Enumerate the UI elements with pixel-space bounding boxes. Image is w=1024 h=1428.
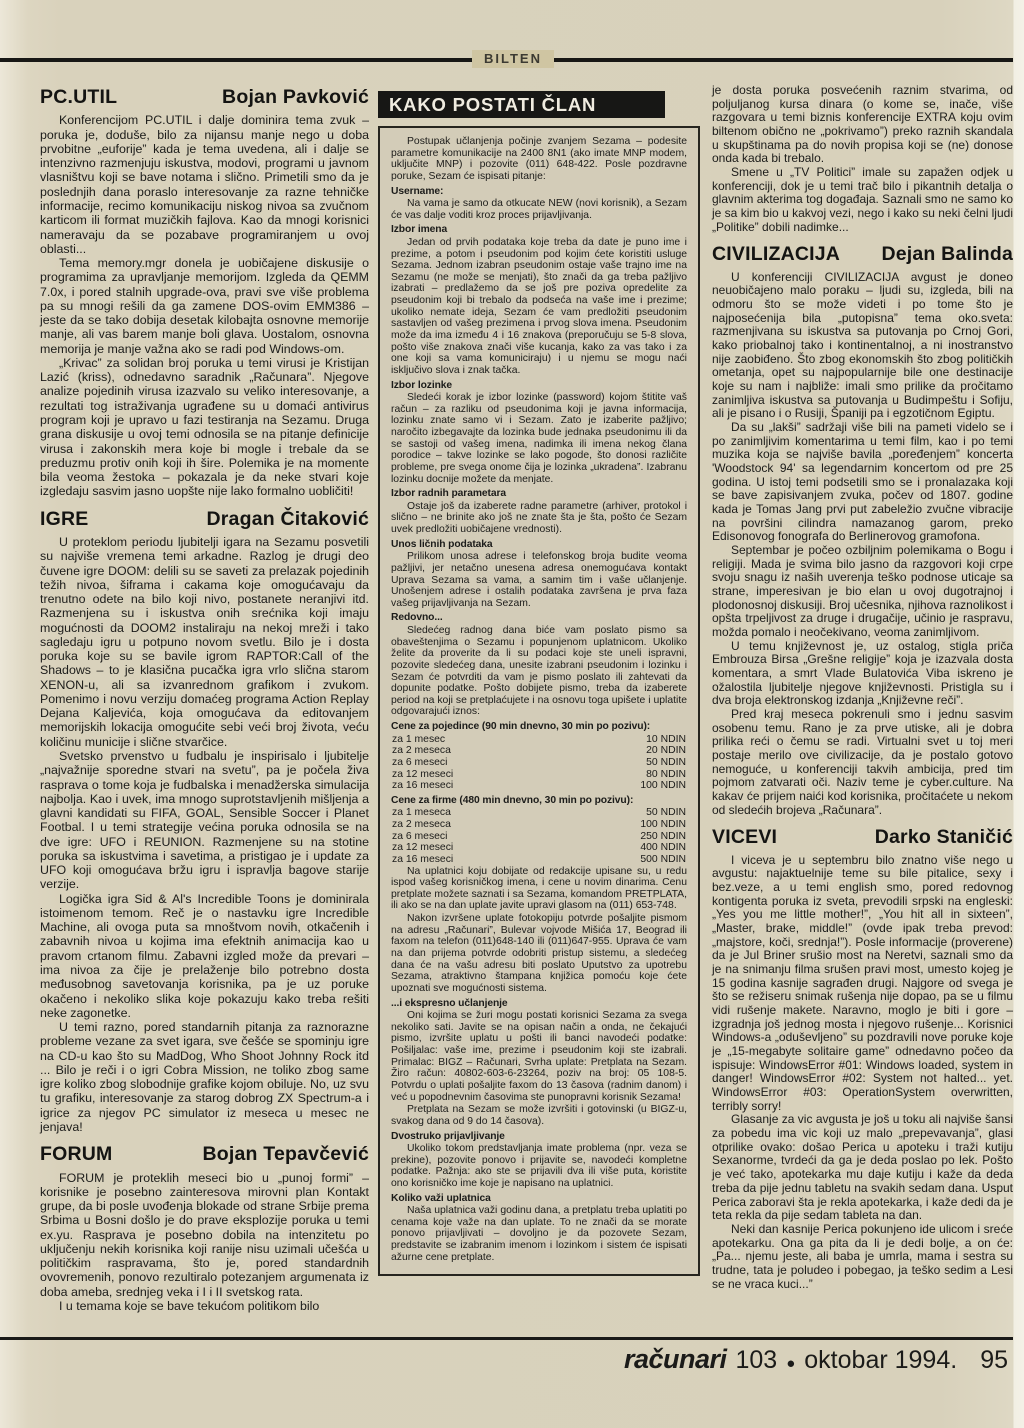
price-value: 100 NDIN xyxy=(640,780,686,792)
paragraph: Glasanje za vic avgusta je još u toku al… xyxy=(712,1113,1013,1222)
price-label: za 6 meseci xyxy=(392,757,447,769)
box-paragraph: Pretplata na Sezam se može izvršiti i go… xyxy=(391,1104,687,1127)
right-column: je dosta poruka posvećenih raznim stvari… xyxy=(712,84,1013,1291)
paragraph: „Krivac” za solidan broj poruka u temi v… xyxy=(40,356,369,499)
price-value: 100 NDIN xyxy=(640,819,686,831)
article-author: Dragan Čitaković xyxy=(206,508,369,530)
article-author: Darko Staničić xyxy=(875,826,1013,848)
box-paragraph: Na uplatnici koju dobijate od redakcije … xyxy=(391,866,687,913)
article-header: CIVILIZACIJA Dejan Balinda xyxy=(712,243,1013,265)
price-row: za 2 meseca 100 NDIN xyxy=(391,819,687,831)
price-label: za 2 meseca xyxy=(392,819,451,831)
price-row: za 6 meseci 250 NDIN xyxy=(391,831,687,843)
article-civilizacija: CIVILIZACIJA Dejan Balinda U konferencij… xyxy=(712,243,1013,817)
paragraph: Tema memory.mgr donela je uobičajene dis… xyxy=(40,256,369,356)
price-value: 20 NDIN xyxy=(646,745,686,757)
box-heading: Koliko važi uplatnica xyxy=(391,1193,687,1205)
bullet-icon: ● xyxy=(786,1355,795,1372)
paragraph: U proteklom periodu ljubitelji igara na … xyxy=(40,535,369,749)
box-heading: Cene za pojedince (90 min dnevno, 30 min… xyxy=(391,721,687,733)
price-label: za 1 meseca xyxy=(392,807,451,819)
issue-date: oktobar 1994. xyxy=(804,1346,957,1375)
paragraph: Neki dan kasnije Perica pokunjeno ide ul… xyxy=(712,1223,1013,1291)
box-paragraph: Postupak učlanjenja počinje zvanjem Seza… xyxy=(391,136,687,183)
box-paragraph: Ostaje još da izaberete radne parametre … xyxy=(391,501,687,536)
article-body: je dosta poruka posvećenih raznim stvari… xyxy=(712,84,1013,234)
price-value: 50 NDIN xyxy=(646,757,686,769)
price-row: za 1 meseca 50 NDIN xyxy=(391,807,687,819)
magazine-name: računari xyxy=(624,1344,727,1375)
article-body: U proteklom periodu ljubitelji igara na … xyxy=(40,535,369,1134)
box-heading: Dvostruko prijavljivanje xyxy=(391,1131,687,1143)
article-title: CIVILIZACIJA xyxy=(712,243,840,265)
paragraph: I viceva je u septembru bilo znatno više… xyxy=(712,854,1013,1114)
box-heading: Username: xyxy=(391,186,687,198)
box-paragraph: Ukoliko tokom predstavljanja imate probl… xyxy=(391,1143,687,1190)
price-value: 500 NDIN xyxy=(640,854,686,866)
paragraph: FORUM je proteklih meseci bio u „punoj f… xyxy=(40,1171,369,1299)
page-number: 95 xyxy=(980,1346,1008,1375)
article-forum: FORUM Bojan Tepavčević FORUM je protekli… xyxy=(40,1143,369,1313)
paragraph: Logička igra Sid & Al's Incredible Toons… xyxy=(40,892,369,1020)
price-row: za 6 meseci 50 NDIN xyxy=(391,757,687,769)
section-banner: BILTEN xyxy=(472,50,554,68)
box-paragraph: Nakon izvršene uplate fotokopiju potvrde… xyxy=(391,913,687,994)
article-header: VICEVI Darko Staničić xyxy=(712,826,1013,848)
price-row: za 12 meseci 400 NDIN xyxy=(391,842,687,854)
price-label: za 12 meseci xyxy=(392,769,453,781)
paragraph: U temu književnost je, uz ostalog, stigl… xyxy=(712,640,1013,708)
price-label: za 12 meseci xyxy=(392,842,453,854)
box-heading: ...i ekspresno učlanjenje xyxy=(391,998,687,1010)
article-title: VICEVI xyxy=(712,826,777,848)
box-heading: Cene za firme (480 min dnevno, 30 min po… xyxy=(391,795,687,807)
price-value: 250 NDIN xyxy=(640,831,686,843)
paragraph: Septembar je počeo ozbiljnim polemikama … xyxy=(712,544,1013,640)
article-title: FORUM xyxy=(40,1143,113,1165)
box-heading: Redovno... xyxy=(391,612,687,624)
box-paragraph: Jedan od prvih podataka koje treba da da… xyxy=(391,237,687,377)
box-heading: Izbor imena xyxy=(391,224,687,236)
price-value: 400 NDIN xyxy=(640,842,686,854)
price-row: za 2 meseca 20 NDIN xyxy=(391,745,687,757)
price-value: 10 NDIN xyxy=(646,734,686,746)
paragraph: Svetsko prvenstvo u fudbalu je inspirisa… xyxy=(40,749,369,892)
price-label: za 1 mesec xyxy=(392,734,445,746)
footer-rule xyxy=(0,1337,1013,1340)
paragraph: Konferencijom PC.UTIL i dalje dominira t… xyxy=(40,113,369,256)
membership-box-title: KAKO POSTATI ČLAN xyxy=(378,91,665,118)
box-heading: Unos ličnih podataka xyxy=(391,539,687,551)
article-body: Konferencijom PC.UTIL i dalje dominira t… xyxy=(40,113,369,498)
box-heading: Izbor lozinke xyxy=(391,380,687,392)
article-title: PC.UTIL xyxy=(40,86,117,108)
price-row: za 16 meseci 500 NDIN xyxy=(391,854,687,866)
membership-box: Postupak učlanjenja počinje zvanjem Seza… xyxy=(378,126,700,1276)
box-paragraph: Sledeći korak je izbor lozinke (password… xyxy=(391,392,687,485)
magazine-page: { "banner": { "label": "BILTEN" }, "left… xyxy=(0,0,1024,1428)
paragraph: je dosta poruka posvećenih raznim stvari… xyxy=(712,84,1013,166)
box-paragraph: Naša uplatnica važi godinu dana, a pretp… xyxy=(391,1205,687,1263)
price-label: za 16 meseci xyxy=(392,854,453,866)
box-paragraph: Oni kojima se žuri mogu postati korisnic… xyxy=(391,1010,687,1103)
membership-box-content: Postupak učlanjenja počinje zvanjem Seza… xyxy=(391,136,687,1263)
price-row: za 1 mesec 10 NDIN xyxy=(391,734,687,746)
box-heading: Izbor radnih parametara xyxy=(391,488,687,500)
forum-continuation: je dosta poruka posvećenih raznim stvari… xyxy=(712,84,1013,234)
paragraph: I u temama koje se bave tekućom politiko… xyxy=(40,1299,369,1313)
box-paragraph: Sledećeg radnog dana biće vam poslato pi… xyxy=(391,625,687,718)
price-row: za 12 meseci 80 NDIN xyxy=(391,769,687,781)
article-author: Dejan Balinda xyxy=(881,243,1013,265)
paragraph: Da su „lakši” sadržaji više bili na pame… xyxy=(712,421,1013,544)
box-paragraph: Prilikom unosa adrese i telefonskog broj… xyxy=(391,551,687,609)
page-footer: računari 103 ● oktobar 1994. 95 xyxy=(624,1344,1008,1375)
box-paragraph: Na vama je samo da otkucate NEW (novi ko… xyxy=(391,198,687,221)
price-value: 80 NDIN xyxy=(646,769,686,781)
article-body: I viceva je u septembru bilo znatno više… xyxy=(712,854,1013,1292)
article-igre: IGRE Dragan Čitaković U proteklom period… xyxy=(40,508,369,1135)
paragraph: U temi razno, pored standarnih pitanja z… xyxy=(40,1020,369,1134)
price-label: za 6 meseci xyxy=(392,831,447,843)
paragraph: Pred kraj meseca pokrenuli smo i jednu s… xyxy=(712,708,1013,817)
price-label: za 16 meseci xyxy=(392,780,453,792)
issue-number: 103 xyxy=(736,1346,778,1375)
article-title: IGRE xyxy=(40,508,88,530)
article-header: PC.UTIL Bojan Pavković xyxy=(40,86,369,108)
left-column: PC.UTIL Bojan Pavković Konferencijom PC.… xyxy=(40,86,369,1313)
article-vicevi: VICEVI Darko Staničić I viceva je u sept… xyxy=(712,826,1013,1291)
article-body: U konferenciji CIVILIZACIJA avgust je do… xyxy=(712,271,1013,818)
article-header: FORUM Bojan Tepavčević xyxy=(40,1143,369,1165)
price-value: 50 NDIN xyxy=(646,807,686,819)
article-pcutil: PC.UTIL Bojan Pavković Konferencijom PC.… xyxy=(40,86,369,499)
article-body: FORUM je proteklih meseci bio u „punoj f… xyxy=(40,1171,369,1314)
article-author: Bojan Pavković xyxy=(222,86,369,108)
article-header: IGRE Dragan Čitaković xyxy=(40,508,369,530)
paragraph: U konferenciji CIVILIZACIJA avgust je do… xyxy=(712,271,1013,421)
price-row: za 16 meseci 100 NDIN xyxy=(391,780,687,792)
article-author: Bojan Tepavčević xyxy=(203,1143,370,1165)
paragraph: Smene u „TV Politici” imale su zapažen o… xyxy=(712,166,1013,234)
price-label: za 2 meseca xyxy=(392,745,451,757)
